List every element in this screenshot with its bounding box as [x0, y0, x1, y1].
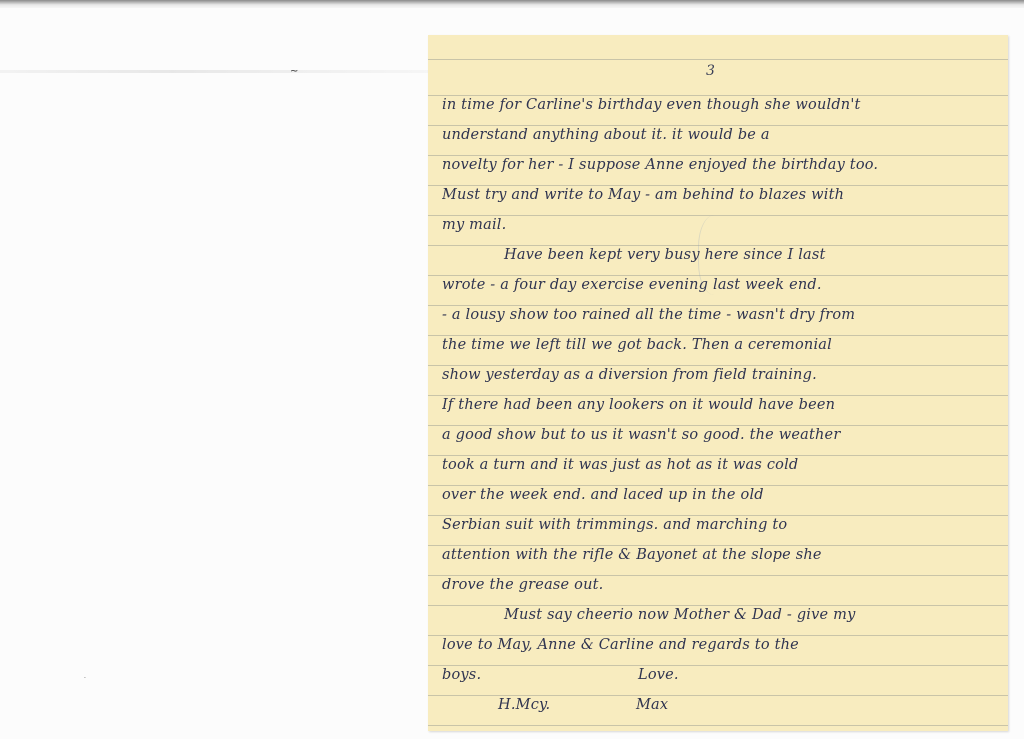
letter-line: the time we left till we got back. Then …	[442, 330, 1002, 360]
letter-line: Must try and write to May - am behind to…	[442, 180, 1002, 210]
letter-line-closing: boys. Love.	[442, 660, 1002, 690]
letter-line-paragraph-start: Have been kept very busy here since I la…	[442, 240, 1002, 270]
letter-line: novelty for her - I suppose Anne enjoyed…	[442, 150, 1002, 180]
letter-line: took a turn and it was just as hot as it…	[442, 450, 1002, 480]
letter-line: - a lousy show too rained all the time -…	[442, 300, 1002, 330]
signoff-closing: Love.	[638, 660, 679, 690]
scan-speck-mark: ~	[290, 66, 298, 77]
letter-line: drove the grease out.	[442, 570, 1002, 600]
letter-line: in time for Carline's birthday even thou…	[442, 90, 1002, 120]
letter-line: If there had been any lookers on it woul…	[442, 390, 1002, 420]
closing-boys-text: boys.	[442, 667, 481, 683]
letter-line: attention with the rifle & Bayonet at th…	[442, 540, 1002, 570]
scanner-crease-line	[0, 70, 430, 73]
letter-page: 3 in time for Carline's birthday even th…	[428, 35, 1008, 731]
signature-initials: H.Mcy.	[498, 690, 550, 720]
letter-line: love to May, Anne & Carline and regards …	[442, 630, 1002, 660]
scan-dust-dot: ·	[84, 675, 86, 682]
letter-line: wrote - a four day exercise evening last…	[442, 270, 1002, 300]
letter-line: show yesterday as a diversion from field…	[442, 360, 1002, 390]
signature-name: Max	[636, 690, 668, 720]
letter-line: over the week end. and laced up in the o…	[442, 480, 1002, 510]
letter-line: understand anything about it. it would b…	[442, 120, 1002, 150]
letter-line: a good show but to us it wasn't so good.…	[442, 420, 1002, 450]
letter-line-signature: H.Mcy. Max	[442, 690, 1002, 720]
letter-line-paragraph-start: Must say cheerio now Mother & Dad - give…	[442, 600, 1002, 630]
letter-line: my mail.	[442, 210, 1002, 240]
page-number: 3	[706, 63, 715, 79]
letter-body: in time for Carline's birthday even thou…	[442, 90, 1002, 720]
scanner-lid-shadow	[0, 0, 1024, 8]
letter-line: Serbian suit with trimmings. and marchin…	[442, 510, 1002, 540]
